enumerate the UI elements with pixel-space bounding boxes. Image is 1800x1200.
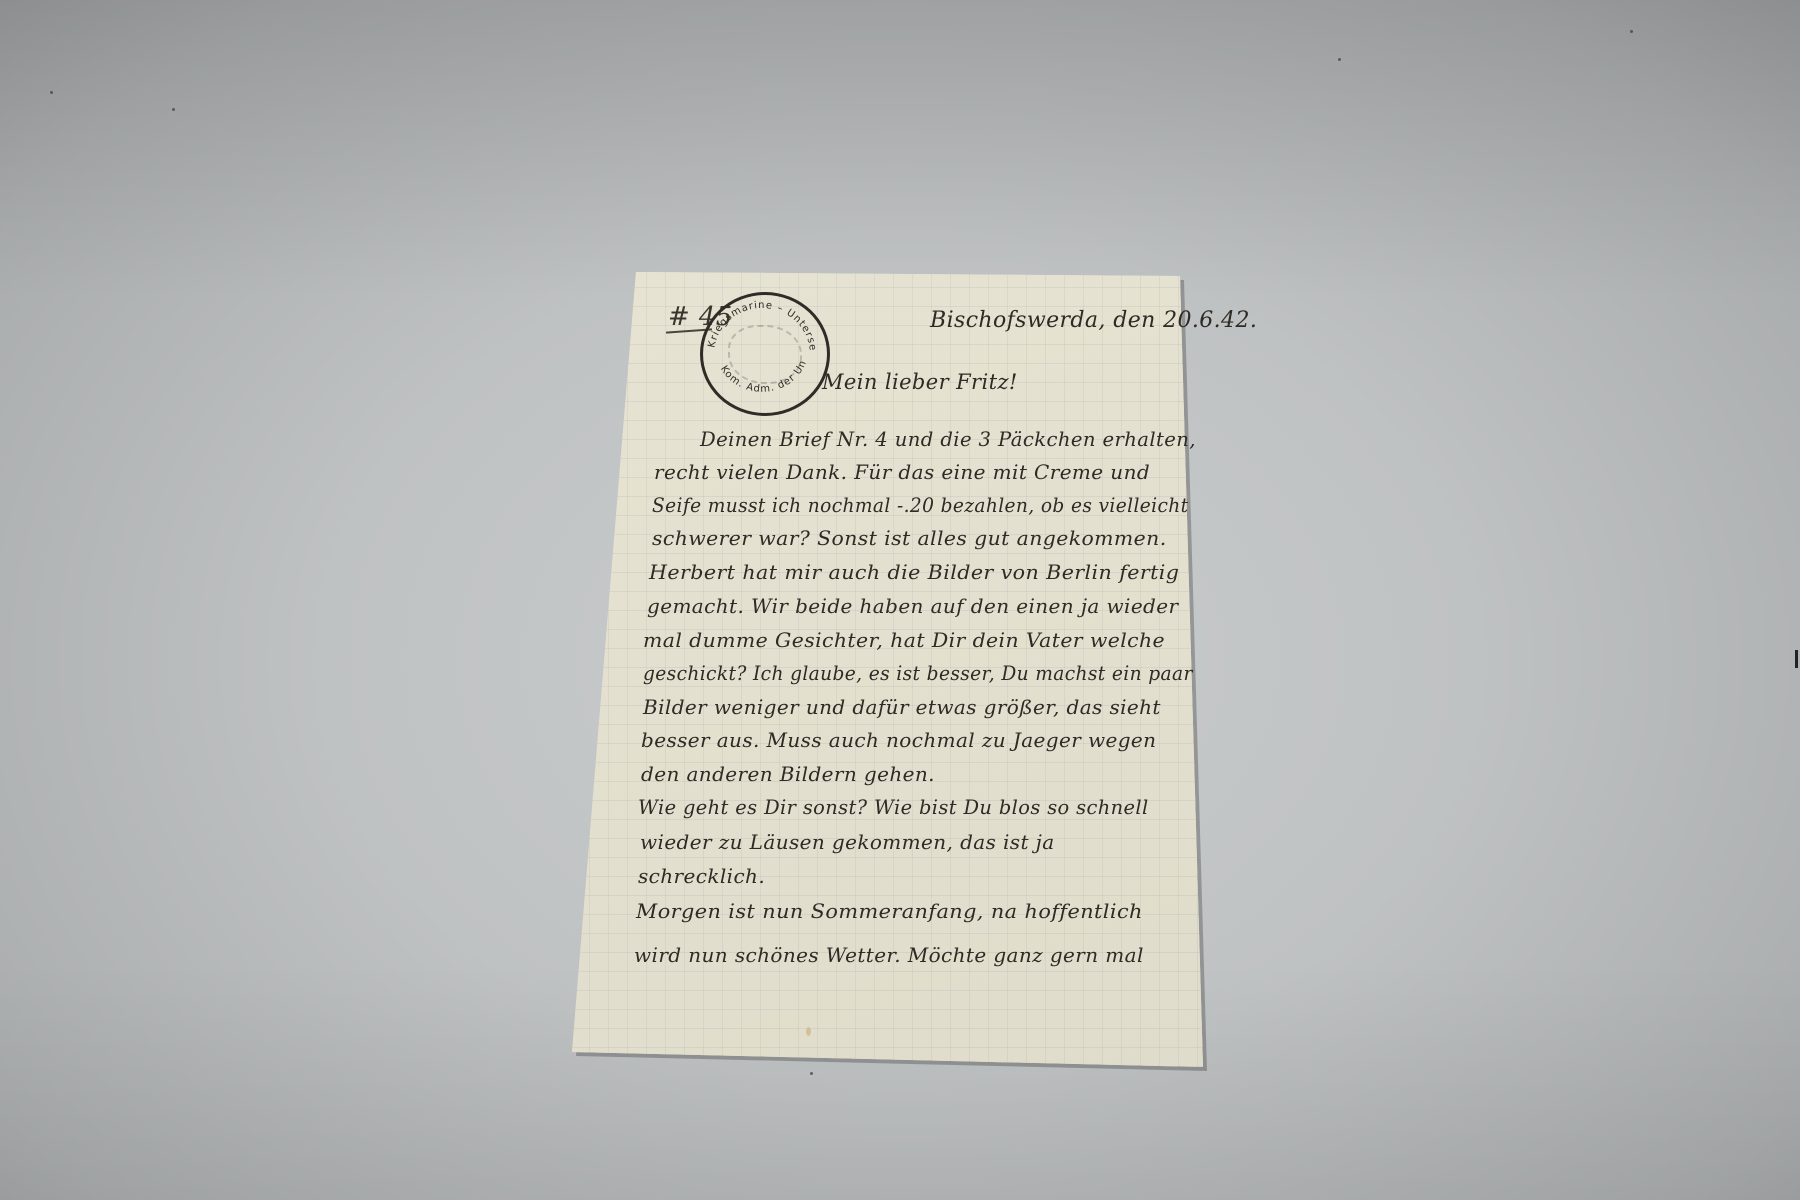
letter-line: Seife musst ich nochmal -.20 bezahlen, o…: [652, 493, 1188, 517]
letter-line: besser aus. Muss auch nochmal zu Jaeger …: [641, 728, 1156, 752]
letter-line: geschickt? Ich glaube, es ist besser, Du…: [643, 661, 1193, 685]
stamp-eagle-icon: [728, 325, 802, 384]
letter-line: Herbert hat mir auch die Bilder von Berl…: [649, 560, 1179, 584]
dust-speck: [1338, 58, 1341, 61]
letter-line: schrecklich.: [638, 864, 765, 888]
letter-line: recht vielen Dank. Für das eine mit Crem…: [654, 460, 1150, 484]
dust-speck: [172, 108, 175, 111]
letter-line: Deinen Brief Nr. 4 und die 3 Päckchen er…: [700, 427, 1196, 451]
edge-mark: [1795, 650, 1798, 668]
letter-line: den anderen Bildern gehen.: [641, 762, 935, 786]
letter-line: Bilder weniger und dafür etwas größer, d…: [643, 695, 1161, 719]
place-date: Bischofswerda, den 20.6.42.: [930, 308, 1257, 333]
dust-speck: [50, 91, 53, 94]
letter-line: wieder zu Läusen gekommen, das ist ja: [640, 830, 1055, 854]
letter-line: wird nun schönes Wetter. Möchte ganz ger…: [634, 943, 1144, 967]
letter-line: Wie geht es Dir sonst? Wie bist Du blos …: [638, 795, 1149, 819]
paper-stain: [806, 1027, 811, 1036]
dust-speck: [810, 1072, 813, 1075]
greeting: Mein lieber Fritz!: [822, 370, 1018, 394]
circular-stamp: Kriegsmarine – Unterseeboot Kom. Adm. de…: [700, 292, 830, 416]
letter-line: mal dumme Gesichter, hat Dir dein Vater …: [643, 628, 1165, 652]
dust-speck: [1630, 30, 1633, 33]
letter-line: Morgen ist nun Sommeranfang, na hoffentl…: [636, 899, 1143, 923]
letter-line: schwerer war? Sonst ist alles gut angeko…: [652, 526, 1167, 550]
letter-line: gemacht. Wir beide haben auf den einen j…: [647, 594, 1178, 618]
